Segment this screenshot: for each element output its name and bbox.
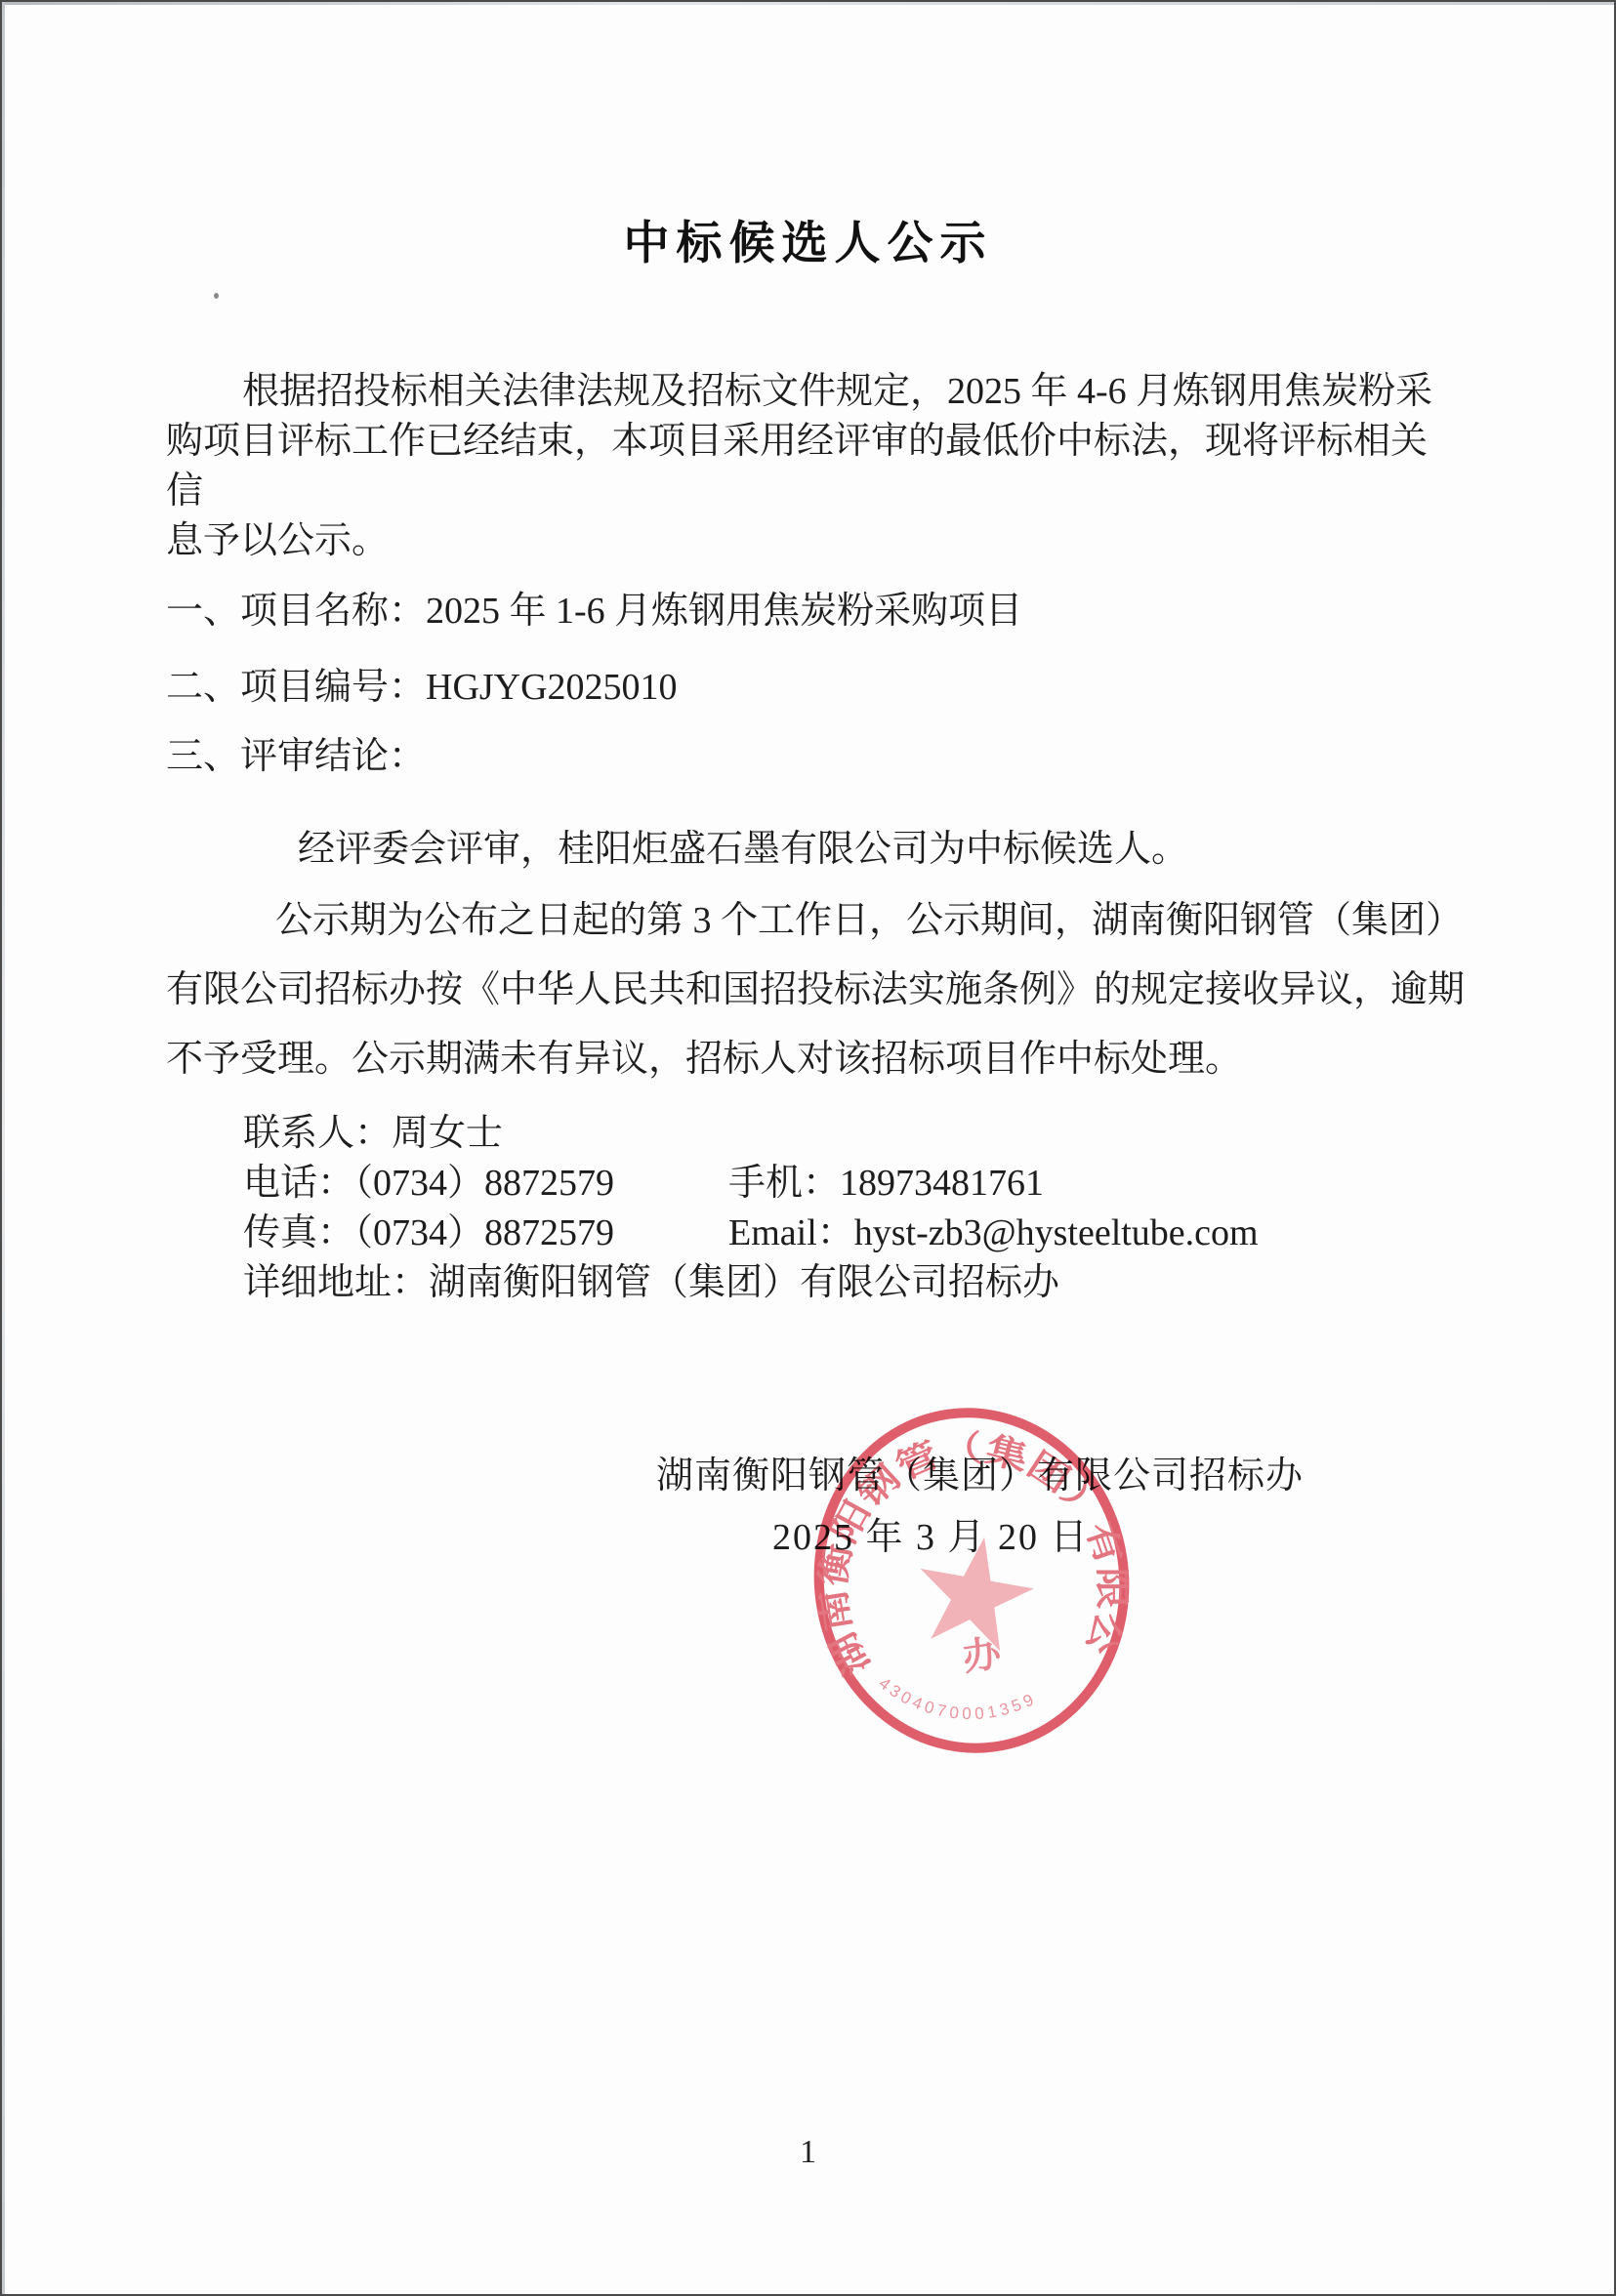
contact-phone-row: 电话：（0734）8872579 手机：18973481761	[243, 1159, 1464, 1209]
intro-line: 根据招投标相关法律法规及招标文件规定，2025 年 4-6 月炼钢用焦炭粉采	[166, 367, 1463, 417]
seal-star-icon	[909, 1528, 1042, 1656]
contact-email: Email：hyst-zb3@hysteeltube.com	[728, 1209, 1259, 1258]
notice-line: 不予受理。公示期满未有异议，招标人对该招标项目作中标处理。	[166, 1025, 1465, 1094]
document-page: 中标候选人公示 根据招投标相关法律法规及招标文件规定，2025 年 4-6 月炼…	[0, 0, 1616, 2296]
contact-block: 联系人：周女士 电话：（0734）8872579 手机：18973481761 …	[243, 1109, 1464, 1308]
notice-line: 有限公司招标办按《中华人民共和国招投标法实施条例》的规定接收异议，逾期	[166, 956, 1465, 1025]
item-project-number: 二、项目编号：HGJYG2025010	[166, 656, 678, 710]
official-seal-stamp: 湖南衡阳钢管（集团）有限公司 招标办公室 4304070001359	[803, 1402, 1142, 1761]
contact-address: 详细地址：湖南衡阳钢管（集团）有限公司招标办	[243, 1258, 1464, 1308]
seal-ring-text: 湖南衡阳钢管（集团）有限公司	[755, 1350, 1143, 1703]
review-result-line: 经评委会评审，桂阳炬盛石墨有限公司为中标候选人。	[298, 818, 1188, 872]
svg-text:湖南衡阳钢管（集团）有限公司: 湖南衡阳钢管（集团）有限公司	[755, 1350, 1143, 1703]
scan-edge	[2, 2, 1614, 5]
intro-line: 息予以公示。	[166, 516, 1463, 566]
contact-fax: 传真：（0734）8872579	[243, 1212, 614, 1253]
notice-line: 公示期为公布之日起的第 3 个工作日，公示期间，湖南衡阳钢管（集团）	[166, 886, 1465, 956]
contact-mobile: 手机：18973481761	[728, 1159, 1044, 1209]
notice-paragraph: 公示期为公布之日起的第 3 个工作日，公示期间，湖南衡阳钢管（集团） 有限公司招…	[166, 886, 1465, 1094]
intro-line: 购项目评标工作已经结束，本项目采用经评审的最低价中标法，现将评标相关信	[166, 417, 1463, 516]
contact-fax-row: 传真：（0734）8872579 Email：hyst-zb3@hysteelt…	[243, 1209, 1464, 1258]
scan-speck	[214, 293, 219, 299]
item-project-name: 一、项目名称：2025 年 1-6 月炼钢用焦炭粉采购项目	[166, 580, 1022, 634]
item-review-conclusion: 三、评审结论：	[166, 725, 426, 779]
page-title: 中标候选人公示	[2, 207, 1614, 272]
scan-edge	[2, 2, 5, 2294]
contact-person: 联系人：周女士	[243, 1109, 1464, 1159]
intro-paragraph: 根据招投标相关法律法规及招标文件规定，2025 年 4-6 月炼钢用焦炭粉采 购…	[166, 367, 1463, 566]
contact-phone: 电话：（0734）8872579	[243, 1163, 614, 1204]
page-number: 1	[2, 2134, 1614, 2171]
